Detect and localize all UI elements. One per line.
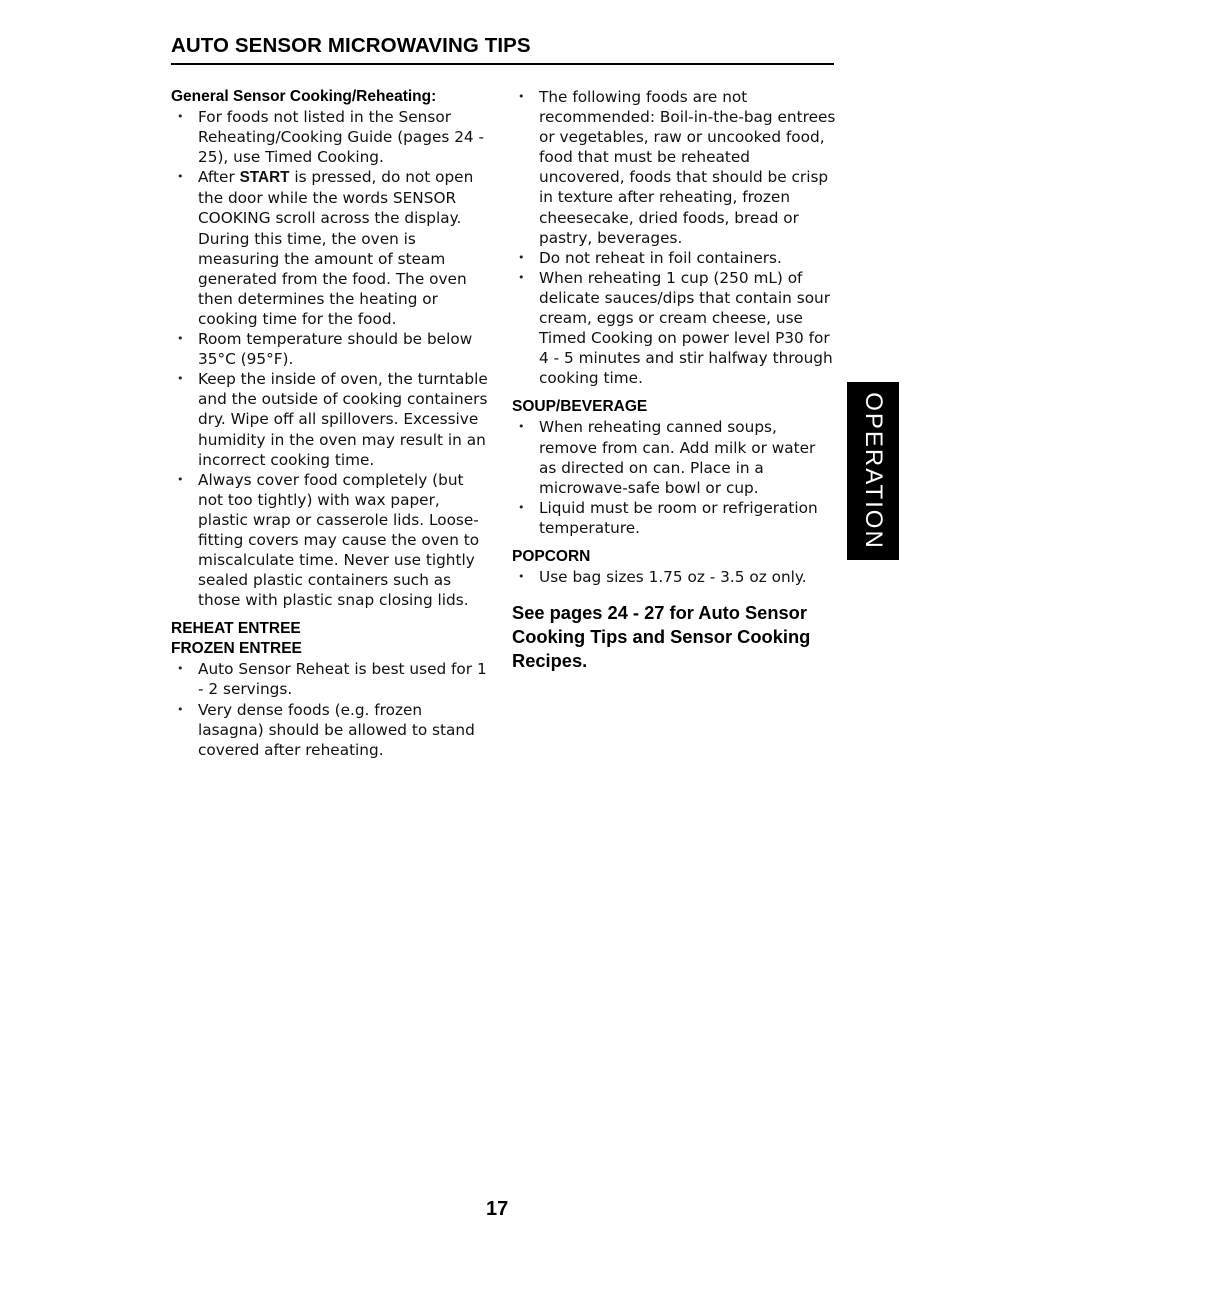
list-item: Auto Sensor Reheat is best used for 1 - … [171,659,491,699]
list-item-prefix: After [198,168,240,186]
right-column: The following foods are not recommended:… [512,87,837,673]
reheat-heading: REHEAT ENTREE [171,619,491,639]
section-gap [512,538,837,547]
page-title: AUTO SENSOR MICROWAVING TIPS [171,34,531,58]
list-item: Liquid must be room or refrigeration tem… [512,498,837,538]
list-item: When reheating 1 cup (250 mL) of delicat… [512,268,837,389]
popcorn-heading: POPCORN [512,547,837,567]
list-item: Keep the inside of oven, the turntable a… [171,369,491,469]
frozen-heading: FROZEN ENTREE [171,639,491,659]
see-pages-note: See pages 24 - 27 for Auto Sensor Cookin… [512,601,837,673]
general-cont-list: The following foods are not recommended:… [512,87,837,388]
title-divider [171,63,834,65]
list-item: For foods not listed in the Sensor Rehea… [171,107,491,167]
list-item: The following foods are not recommended:… [512,87,837,248]
reheat-list: Auto Sensor Reheat is best used for 1 - … [171,659,491,759]
list-item: Room temperature should be below 35°C (9… [171,329,491,369]
section-gap [512,388,837,397]
list-item: After START is pressed, do not open the … [171,167,491,329]
list-item: Always cover food completely (but not to… [171,470,491,611]
list-item: When reheating canned soups, remove from… [512,417,837,497]
list-item: Use bag sizes 1.75 oz - 3.5 oz only. [512,567,837,587]
left-column: General Sensor Cooking/Reheating: For fo… [171,87,491,760]
popcorn-list: Use bag sizes 1.75 oz - 3.5 oz only. [512,567,837,587]
soup-heading: SOUP/BEVERAGE [512,397,837,417]
page-number: 17 [486,1198,508,1221]
start-keyword: START [240,169,290,186]
side-tab-label: OPERATION [859,392,887,550]
section-gap [171,610,491,619]
general-heading: General Sensor Cooking/Reheating: [171,87,491,107]
soup-list: When reheating canned soups, remove from… [512,417,837,538]
list-item: Do not reheat in foil containers. [512,248,837,268]
list-item: Very dense foods (e.g. frozen lasagna) s… [171,700,491,760]
operation-side-tab: OPERATION [847,382,899,560]
general-list: For foods not listed in the Sensor Rehea… [171,107,491,610]
list-item-text: is pressed, do not open the door while t… [198,168,473,328]
